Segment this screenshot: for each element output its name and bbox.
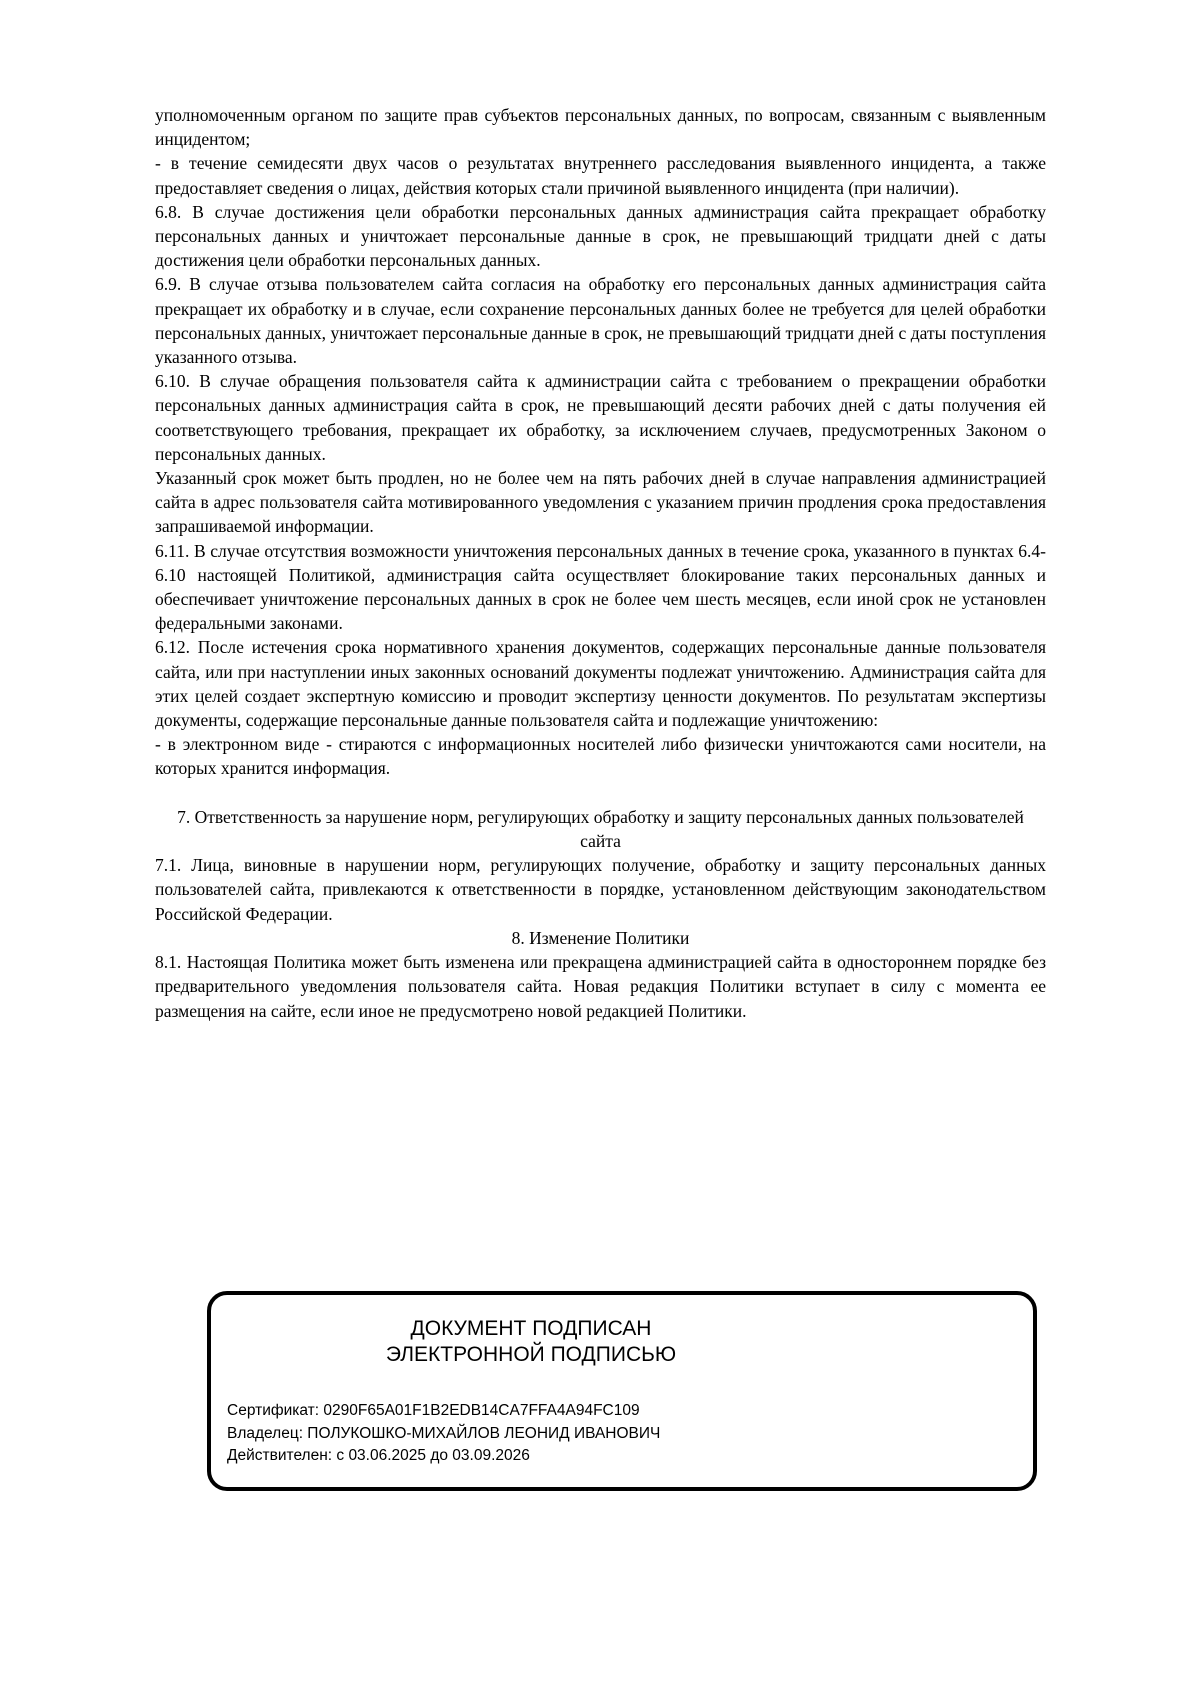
policy-paragraph-8-1: 8.1. Настоящая Политика может быть измен… (155, 950, 1046, 1023)
policy-paragraph: уполномоченным органом по защите прав су… (155, 103, 1046, 151)
policy-paragraph-6-12: 6.12. После истечения срока нормативного… (155, 635, 1046, 732)
policy-text-block: уполномоченным органом по защите прав су… (155, 103, 1046, 1023)
stamp-title-line-1: ДОКУМЕНТ ПОДПИСАН (211, 1316, 851, 1342)
policy-paragraph: - в течение семидесяти двух часов о резу… (155, 151, 1046, 199)
policy-paragraph-6-11: 6.11. В случае отсутствия возможности ун… (155, 539, 1046, 636)
signature-stamp: ДОКУМЕНТ ПОДПИСАН ЭЛЕКТРОННОЙ ПОДПИСЬЮ С… (207, 1291, 1037, 1491)
stamp-title-line-2: ЭЛЕКТРОННОЙ ПОДПИСЬЮ (211, 1342, 851, 1368)
stamp-title: ДОКУМЕНТ ПОДПИСАН ЭЛЕКТРОННОЙ ПОДПИСЬЮ (211, 1316, 851, 1368)
policy-paragraph: Указанный срок может быть продлен, но не… (155, 466, 1046, 539)
section-heading-8: 8. Изменение Политики (155, 926, 1046, 950)
policy-paragraph-7-1: 7.1. Лица, виновные в нарушении норм, ре… (155, 853, 1046, 926)
policy-paragraph: - в электронном виде - стираются с инфор… (155, 732, 1046, 780)
policy-paragraph-6-9: 6.9. В случае отзыва пользователем сайта… (155, 272, 1046, 369)
section-heading-7: 7. Ответственность за нарушение норм, ре… (155, 805, 1046, 853)
policy-paragraph-6-8: 6.8. В случае достижения цели обработки … (155, 200, 1046, 273)
validity-line: Действителен: с 03.06.2025 до 03.09.2026 (227, 1445, 1033, 1468)
owner-line: Владелец: ПОЛУКОШКО-МИХАЙЛОВ ЛЕОНИД ИВАН… (227, 1423, 1033, 1446)
certificate-line: Сертификат: 0290F65A01F1B2EDB14CA7FFA4A9… (227, 1400, 1033, 1423)
policy-paragraph-6-10: 6.10. В случае обращения пользователя са… (155, 369, 1046, 466)
stamp-details: Сертификат: 0290F65A01F1B2EDB14CA7FFA4A9… (227, 1400, 1033, 1468)
document-page: { "page": { "background": "#ffffff", "te… (0, 0, 1200, 1696)
